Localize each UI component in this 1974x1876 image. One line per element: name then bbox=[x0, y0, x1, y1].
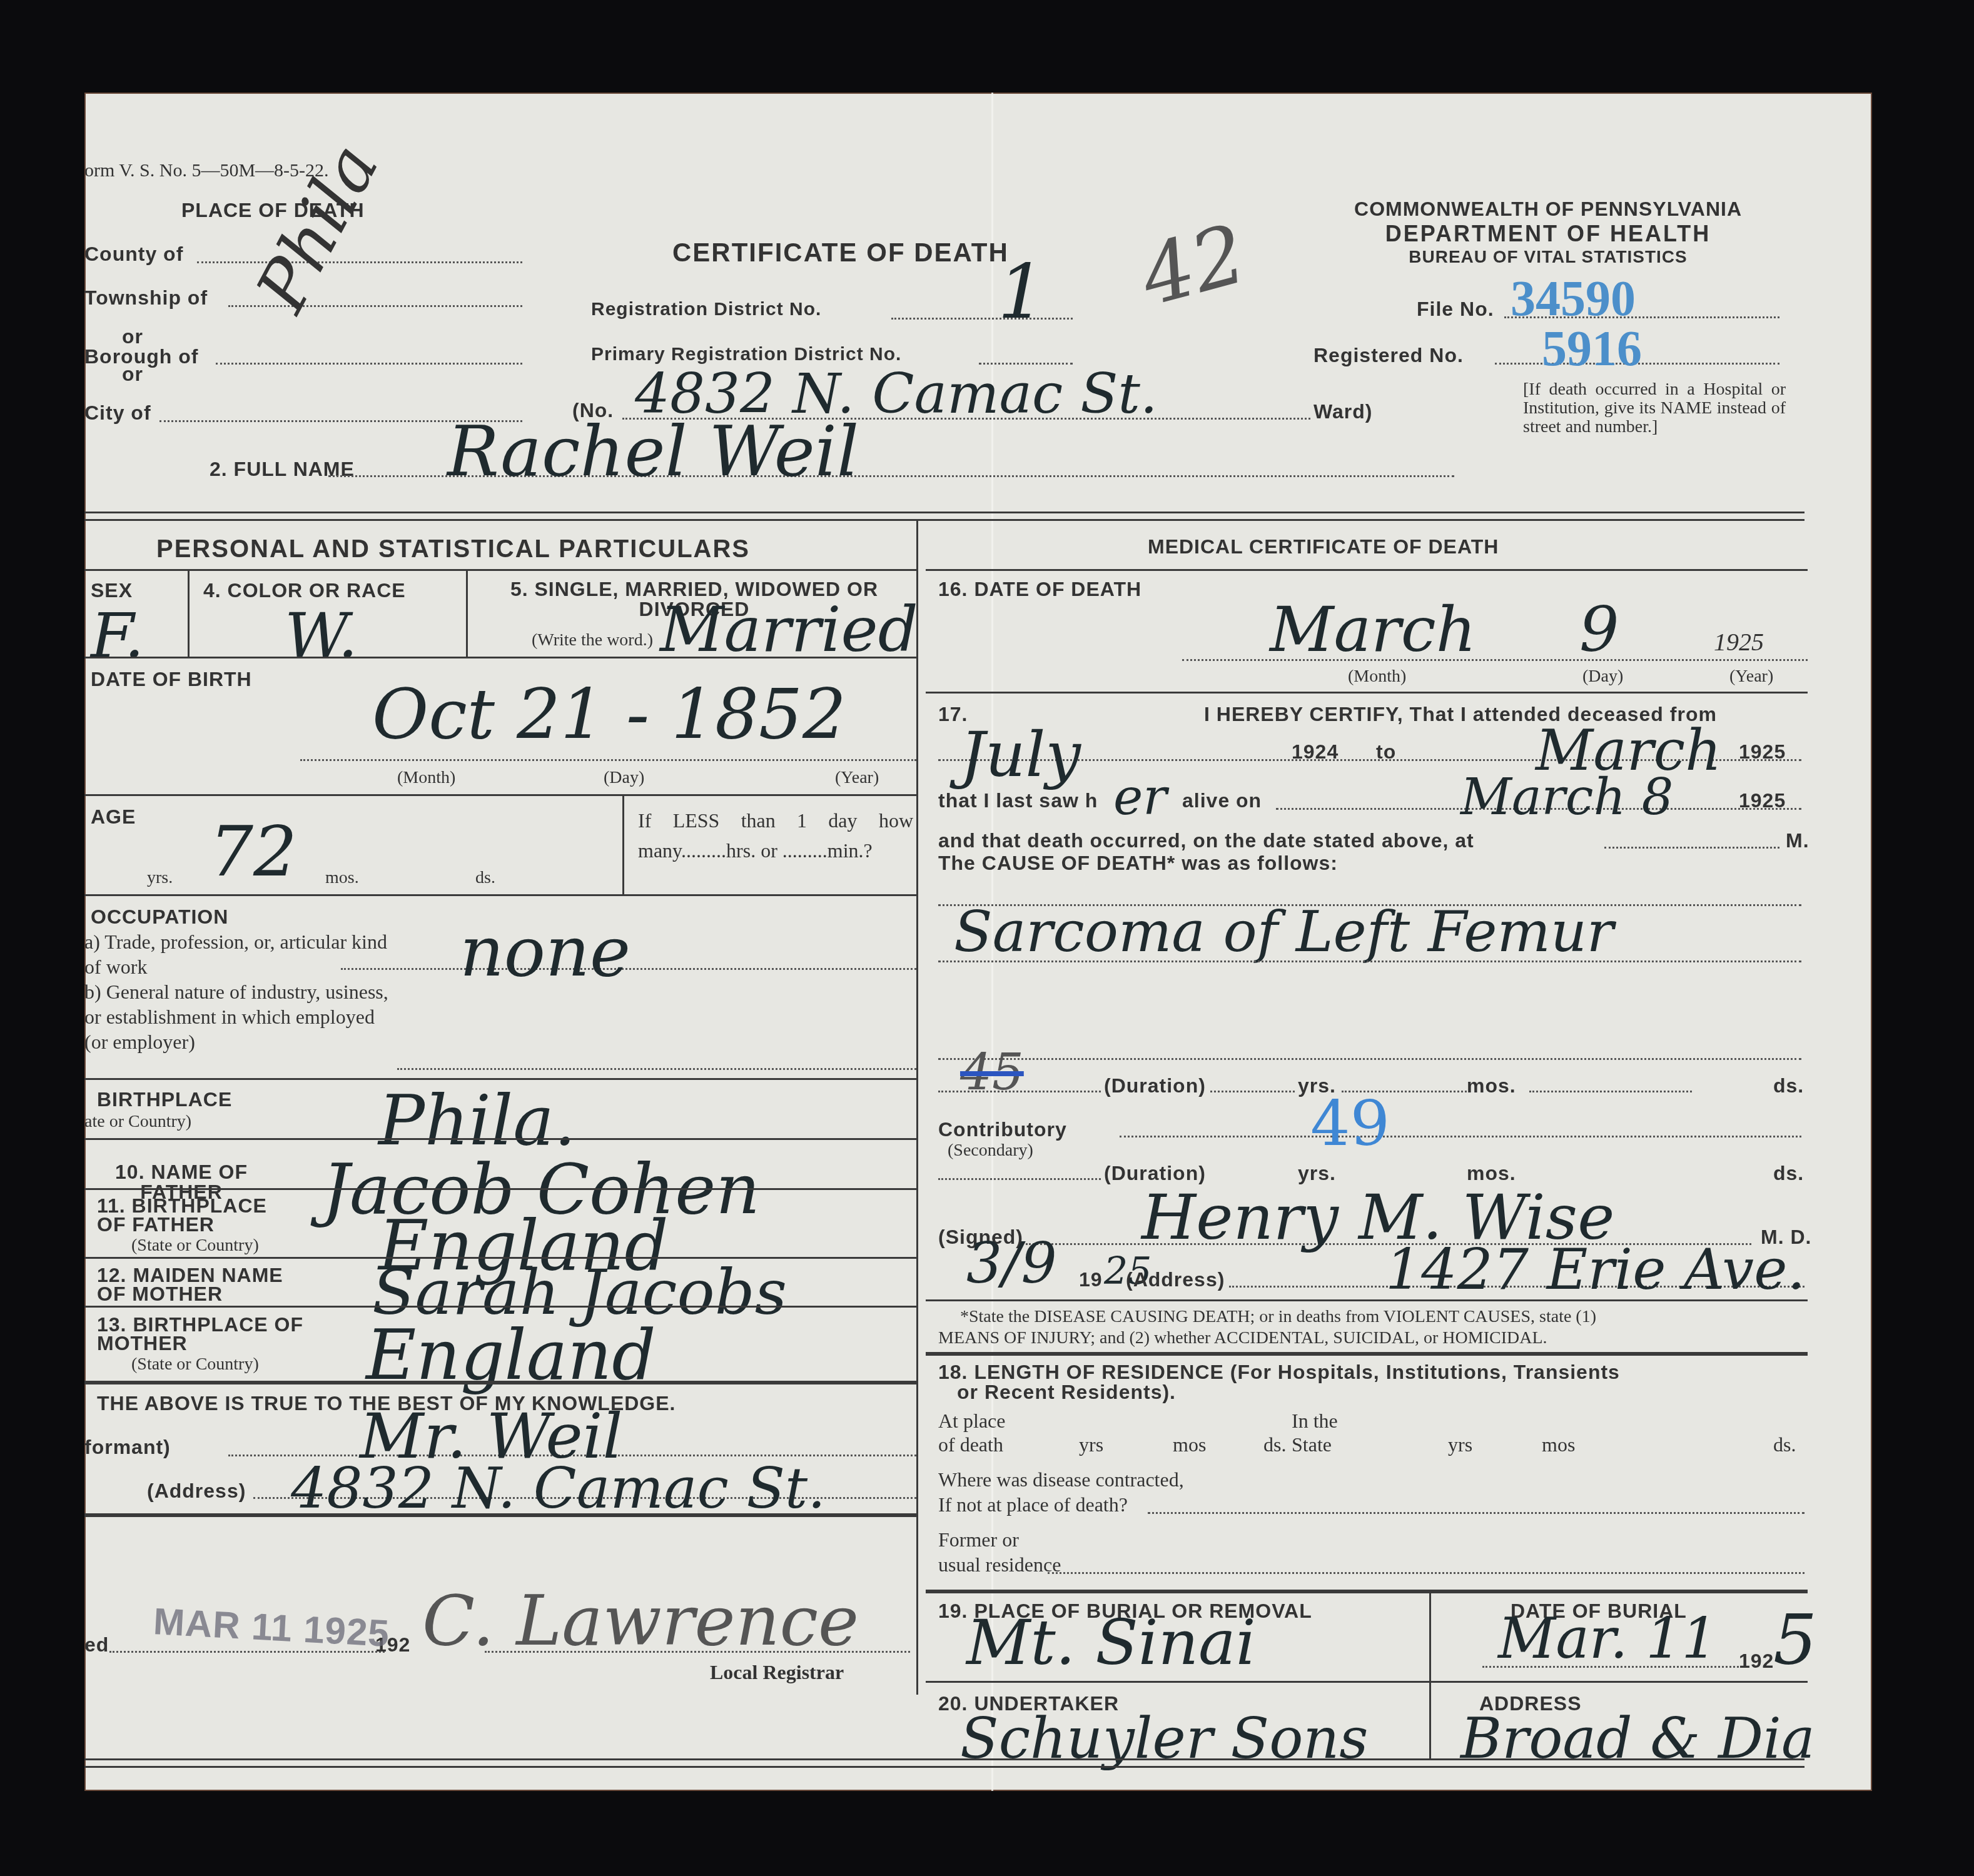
father-birthplace-hint: (State or Country) bbox=[131, 1236, 259, 1256]
sign-date: 3/9 bbox=[966, 1231, 1057, 1296]
attended-from-year: 1924 bbox=[1292, 740, 1339, 764]
in-state-yrs: yrs bbox=[1448, 1433, 1472, 1456]
registered-number-value: 5916 bbox=[1542, 321, 1642, 378]
at-place-mos: mos bbox=[1173, 1433, 1206, 1456]
last-saw-year: 1925 bbox=[1739, 789, 1786, 812]
in-state-ds: ds. bbox=[1773, 1433, 1796, 1456]
informant-label: formant) bbox=[84, 1436, 171, 1459]
occupation-value: none bbox=[460, 912, 630, 992]
certificate-title: CERTIFICATE OF DEATH bbox=[672, 238, 1009, 268]
personal-heading: PERSONAL AND STATISTICAL PARTICULARS bbox=[156, 535, 750, 563]
time-meridiem-label: M. bbox=[1786, 829, 1809, 852]
sign-year-prefix: 19 bbox=[1079, 1268, 1103, 1291]
age-yrs-label: yrs. bbox=[147, 868, 173, 888]
primary-mos-label: mos. bbox=[1467, 1074, 1516, 1097]
state-label: State bbox=[1292, 1433, 1332, 1456]
burial-date-value: Mar. 11 bbox=[1498, 1606, 1718, 1672]
race-value: W. bbox=[285, 599, 358, 672]
dob-month-hint: (Month) bbox=[397, 768, 455, 788]
last-saw-date: March 8 bbox=[1460, 768, 1674, 826]
sex-value: F. bbox=[91, 599, 144, 672]
issuer-bureau: BUREAU OF VITAL STATISTICS bbox=[1310, 247, 1786, 267]
local-registrar-label: Local Registrar bbox=[710, 1661, 844, 1684]
dod-year-hint: (Year) bbox=[1729, 667, 1773, 687]
file-number-label: File No. bbox=[1417, 298, 1494, 321]
undertaker-value: Schuyler Sons bbox=[960, 1706, 1369, 1772]
dob-year-hint: (Year) bbox=[835, 768, 879, 788]
dob-day-hint: (Day) bbox=[604, 768, 644, 788]
cause-code-crossed: 45 bbox=[960, 1043, 1024, 1101]
primary-district-value: 42 bbox=[1131, 206, 1255, 325]
marital-value: Married bbox=[660, 593, 918, 666]
dod-month-hint: (Month) bbox=[1348, 667, 1406, 687]
form-number: orm V. S. No. 5—50M—8-5-22. bbox=[84, 160, 329, 181]
last-saw-label: that I last saw h bbox=[938, 789, 1098, 812]
sign-address: 1427 Erie Ave. bbox=[1385, 1237, 1805, 1303]
of-death-label: of death bbox=[938, 1433, 1003, 1456]
date-of-death-day: 9 bbox=[1579, 593, 1619, 666]
issuer-department: DEPARTMENT OF HEALTH bbox=[1310, 221, 1786, 247]
date-of-death-year: 1925 bbox=[1714, 627, 1764, 657]
sign-address-label: (Address) bbox=[1126, 1268, 1225, 1291]
filed-date-stamp: MAR 11 1925 bbox=[152, 1600, 390, 1655]
medical-heading: MEDICAL CERTIFICATE OF DEATH bbox=[1148, 535, 1499, 558]
residence-heading-2: or Recent Residents). bbox=[957, 1381, 1176, 1404]
hospital-note: [If death occurred in a Hospital or Inst… bbox=[1523, 380, 1786, 436]
secondary-label: (Secondary) bbox=[948, 1141, 1033, 1161]
in-the-label: In the bbox=[1292, 1410, 1338, 1433]
full-name-value: Rachel Weil bbox=[447, 411, 859, 492]
burial-place-value: Mt. Sinai bbox=[966, 1606, 1256, 1679]
primary-duration-label: (Duration) bbox=[1104, 1074, 1206, 1097]
registered-number-label: Registered No. bbox=[1313, 344, 1464, 367]
footnote-line-1: *State the DISEASE CAUSING DEATH; or in … bbox=[960, 1307, 1596, 1327]
mother-birthplace-hint: (State or Country) bbox=[131, 1354, 259, 1374]
marital-hint: (Write the word.) bbox=[532, 630, 653, 650]
at-place-ds: ds. bbox=[1263, 1433, 1286, 1456]
in-state-mos: mos bbox=[1542, 1433, 1575, 1456]
death-occurred-text: and that death occurred, on the date sta… bbox=[938, 829, 1474, 852]
death-certificate-paper: orm V. S. No. 5—50M—8-5-22. PLACE OF DEA… bbox=[84, 93, 1872, 1791]
age-label: AGE bbox=[91, 805, 136, 829]
occupation-label: OCCUPATION bbox=[91, 905, 228, 929]
at-place-label: At place bbox=[938, 1410, 1006, 1433]
less-than-day-note: If LESS than 1 day how many.........hrs.… bbox=[638, 805, 913, 865]
city-label: City of bbox=[84, 401, 151, 425]
informant-address-value: 4832 N. Camac St. bbox=[291, 1456, 826, 1521]
former-label: Former or bbox=[938, 1528, 1019, 1551]
footnote-line-2: MEANS OF INJURY; and (2) whether ACCIDEN… bbox=[938, 1328, 1547, 1348]
birthplace-hint: ate or Country) bbox=[84, 1112, 191, 1132]
issuer-commonwealth: COMMONWEALTH OF PENNSYLVANIA bbox=[1310, 198, 1786, 221]
last-saw-pronoun: er bbox=[1113, 768, 1167, 826]
father-birthplace-label: 11. BIRTHPLACE OF FATHER bbox=[97, 1196, 297, 1234]
informant-address-label: (Address) bbox=[147, 1480, 246, 1503]
contributory-code: 49 bbox=[1310, 1087, 1390, 1160]
registration-district-value: 1 bbox=[998, 249, 1045, 336]
to-label: to bbox=[1376, 740, 1396, 764]
registrar-signature: C. Lawrence bbox=[422, 1581, 859, 1661]
secondary-ds-label: ds. bbox=[1773, 1162, 1804, 1185]
registration-district-label: Registration District No. bbox=[591, 299, 821, 320]
dob-label: DATE OF BIRTH bbox=[91, 668, 252, 691]
mother-birthplace-label: 13. BIRTHPLACE OF MOTHER bbox=[97, 1315, 310, 1353]
full-name-label: 2. FULL NAME bbox=[210, 458, 355, 481]
if-not-place-label: If not at place of death? bbox=[938, 1493, 1128, 1516]
cause-of-death-value: Sarcoma of Left Femur bbox=[954, 899, 1614, 965]
filed-label: ed bbox=[84, 1633, 109, 1657]
age-ds-label: ds. bbox=[475, 868, 495, 888]
issuer-block: COMMONWEALTH OF PENNSYLVANIA DEPARTMENT … bbox=[1310, 198, 1786, 267]
alive-on-label: alive on bbox=[1182, 789, 1262, 812]
mother-maiden-label: 12. MAIDEN NAME OF MOTHER bbox=[97, 1266, 310, 1303]
birthplace-label: BIRTHPLACE bbox=[97, 1088, 232, 1111]
or-label-2: or bbox=[122, 363, 143, 386]
undertaker-address-value: Broad & Dia bbox=[1460, 1706, 1815, 1772]
age-value: 72 bbox=[210, 812, 297, 892]
occupation-a-label: a) Trade, profession, or, articular kind… bbox=[84, 929, 397, 979]
ward-label: Ward) bbox=[1313, 400, 1372, 423]
dod-day-hint: (Day) bbox=[1582, 667, 1623, 687]
dob-value: Oct 21 - 1852 bbox=[372, 674, 846, 754]
attended-from-month: July bbox=[960, 718, 1081, 791]
date-of-death-label: 16. DATE OF DEATH bbox=[938, 578, 1141, 601]
at-place-yrs: yrs bbox=[1079, 1433, 1103, 1456]
file-number-value: 34590 bbox=[1511, 271, 1636, 328]
where-contracted-label: Where was disease contracted, bbox=[938, 1468, 1184, 1491]
cause-intro: The CAUSE OF DEATH* was as follows: bbox=[938, 852, 1338, 875]
township-label: Township of bbox=[84, 286, 208, 310]
burial-year-value: 5 bbox=[1773, 1600, 1817, 1680]
primary-ds-label: ds. bbox=[1773, 1074, 1804, 1097]
county-label: County of bbox=[84, 243, 183, 266]
birthplace-value: Phila. bbox=[378, 1081, 576, 1161]
occupation-b-label: b) General nature of industry, usiness, … bbox=[84, 979, 397, 1054]
attended-to-year: 1925 bbox=[1739, 740, 1786, 764]
burial-year-prefix: 192 bbox=[1739, 1650, 1774, 1673]
usual-residence-label: usual residence bbox=[938, 1553, 1061, 1576]
age-mos-label: mos. bbox=[325, 868, 359, 888]
date-of-death-month: March bbox=[1270, 593, 1476, 666]
contributory-label: Contributory bbox=[938, 1118, 1067, 1141]
